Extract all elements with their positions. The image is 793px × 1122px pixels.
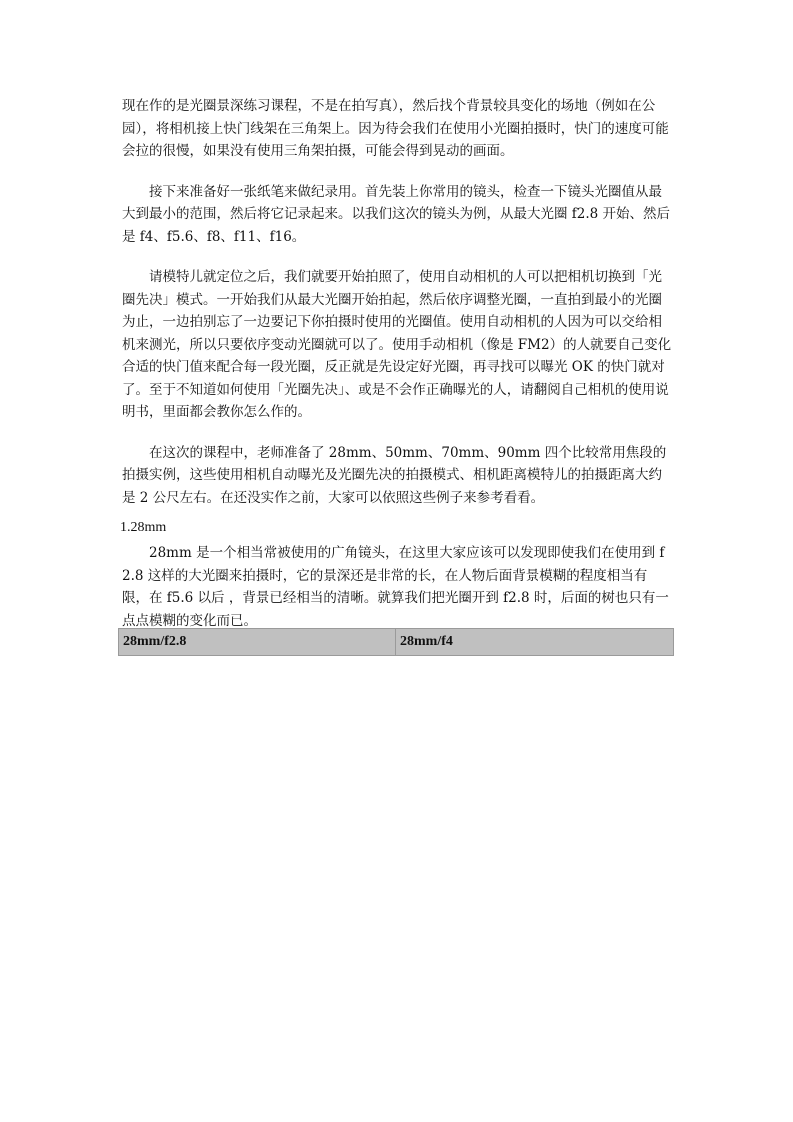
paragraph-course-examples: 在这次的课程中，老师准备了 28mm、50mm、70mm、90mm 四个比较常用… [122, 442, 674, 510]
document-body: 现在作的是光圈景深练习课程，不是在拍写真），然后找个背景较具变化的场地（例如在公… [122, 95, 674, 509]
section-28mm: 28mm 是一个相当常被使用的广角镜头，在这里大家应该可以发现即使我们在使用到 … [122, 542, 674, 632]
paragraph-intro: 现在作的是光圈景深练习课程，不是在拍写真），然后找个背景较具变化的场地（例如在公… [122, 95, 674, 163]
paragraph-preparation: 接下来准备好一张纸笔来做纪录用。首先装上你常用的镜头，检查一下镜头光圈值从最大到… [122, 181, 674, 249]
table-header-cell: 28mm/f2.8 [119, 629, 396, 656]
table-row: 28mm/f2.8 28mm/f4 [119, 629, 674, 656]
section-heading: 1.28mm [120, 520, 166, 536]
table-header-cell: 28mm/f4 [396, 629, 674, 656]
paragraph-28mm: 28mm 是一个相当常被使用的广角镜头，在这里大家应该可以发现即使我们在使用到 … [122, 542, 674, 632]
paragraph-shooting: 请模特儿就定位之后，我们就要开始拍照了，使用自动相机的人可以把相机切换到「光圈先… [122, 266, 674, 424]
aperture-comparison-table: 28mm/f2.8 28mm/f4 [118, 628, 674, 656]
